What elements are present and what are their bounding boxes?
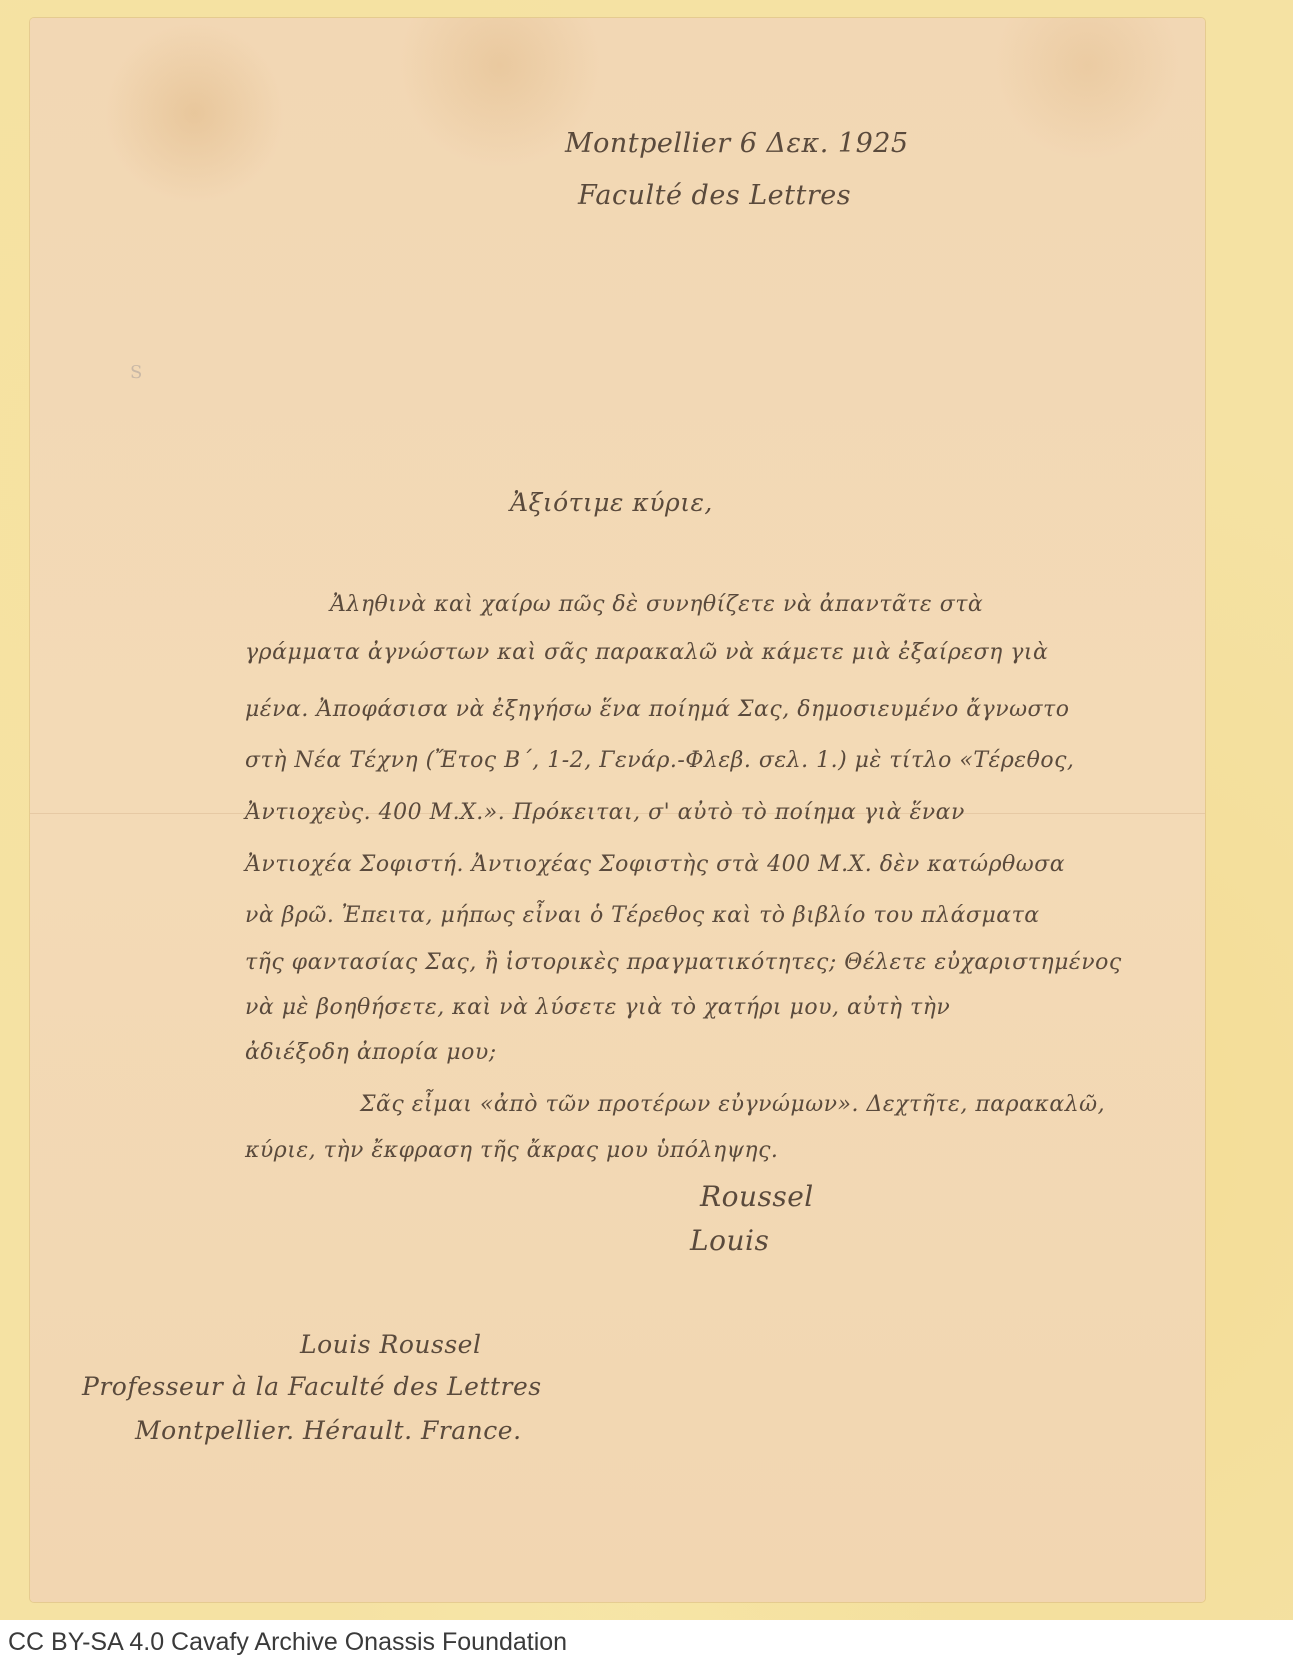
body-line: Ἀντιοχέα Σοφιστή. Ἀντιοχέας Σοφιστὴς στὰ… <box>245 852 1065 877</box>
caption-bar: CC BY-SA 4.0 Cavafy Archive Onassis Foun… <box>0 1620 1293 1671</box>
body-line: Ἀληθινὰ καὶ χαίρω πῶς δὲ συνηθίζετε νὰ ἀ… <box>330 592 983 617</box>
sender-name: Louis Roussel <box>300 1330 481 1359</box>
body-line: νὰ βρῶ. Ἐπειτα, μήπως εἶναι ὁ Τέρεθος κα… <box>245 903 1040 928</box>
institution-heading: Faculté des Lettres <box>578 180 851 211</box>
body-line: μένα. Ἀποφάσισα νὰ ἐξηγήσω ἕνα ποίημά Σα… <box>245 697 1069 722</box>
greeting: Ἀξιότιμε κύριε, <box>510 488 713 517</box>
body-line: κύριε, τὴν ἔκφραση τῆς ἄκρας μου ὑπόληψη… <box>245 1138 778 1163</box>
place-date: Montpellier 6 Δεκ. 1925 <box>565 128 909 159</box>
body-line: νὰ μὲ βοηθήσετε, καὶ νὰ λύσετε γιὰ τὸ χα… <box>245 995 950 1020</box>
sender-title: Professeur à la Faculté des Lettres <box>82 1372 542 1401</box>
sender-location: Montpellier. Hérault. France. <box>135 1416 522 1445</box>
body-line: στὴ Νέα Τέχνη (Ἔτος Β΄, 1-2, Γενάρ.-Φλεβ… <box>245 748 1074 773</box>
body-line: γράμματα ἀγνώστων καὶ σᾶς παρακαλῶ νὰ κά… <box>245 640 1048 665</box>
body-line: Σᾶς εἶμαι «ἀπὸ τῶν προτέρων εὐγνώμων». Δ… <box>360 1092 1105 1117</box>
body-line: ἀδιέξοδη ἀπορία μου; <box>245 1040 497 1065</box>
body-line: τῆς φαντασίας Σας, ἢ ἱστορικὲς πραγματικ… <box>245 950 1122 975</box>
margin-pencil-mark: S <box>130 362 142 383</box>
signature-forename: Louis <box>690 1224 769 1257</box>
license-caption: CC BY-SA 4.0 Cavafy Archive Onassis Foun… <box>8 1628 567 1657</box>
body-line: Ἀντιοχεὺς. 400 Μ.Χ.». Πρόκειται, σ' αὐτὸ… <box>245 800 965 825</box>
signature-surname: Roussel <box>700 1180 814 1213</box>
